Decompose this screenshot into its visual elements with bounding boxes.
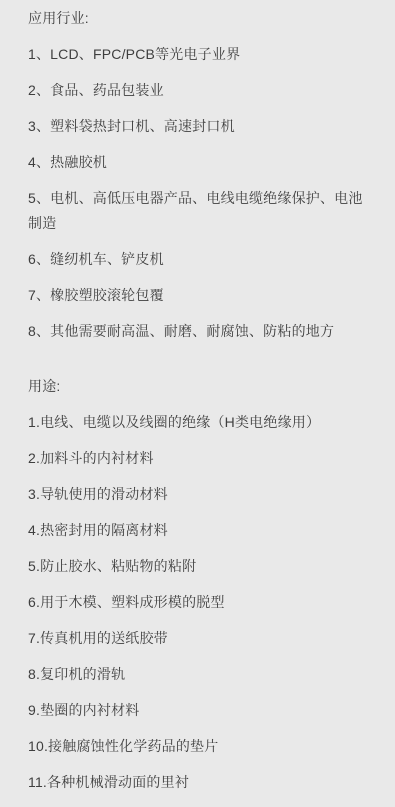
list-item: 5.防止胶水、粘贴物的粘附 xyxy=(28,554,373,579)
list-item: 9.垫圈的内衬材料 xyxy=(28,698,373,723)
list-item: 1.电线、电缆以及线圈的绝缘（H类电绝缘用） xyxy=(28,410,373,435)
list-item: 4、热融胶机 xyxy=(28,150,373,175)
list-item: 11.各种机械滑动面的里衬 xyxy=(28,770,373,795)
list-item: 7、橡胶塑胶滚轮包覆 xyxy=(28,283,373,308)
list-item: 3、塑料袋热封口机、高速封口机 xyxy=(28,114,373,139)
list-item: 2.加料斗的内衬材料 xyxy=(28,446,373,471)
list-item: 8.复印机的滑轨 xyxy=(28,662,373,687)
list-item: 2、食品、药品包装业 xyxy=(28,78,373,103)
list-item: 6、缝纫机车、铲皮机 xyxy=(28,247,373,272)
section-industries: 应用行业: 1、LCD、FPC/PCB等光电子业界 2、食品、药品包装业 3、塑… xyxy=(28,6,373,344)
list-item: 7.传真机用的送纸胶带 xyxy=(28,626,373,651)
list-item: 10.接触腐蚀性化学药品的垫片 xyxy=(28,734,373,759)
product-description-page: 应用行业: 1、LCD、FPC/PCB等光电子业界 2、食品、药品包装业 3、塑… xyxy=(0,0,395,807)
section-heading-uses: 用途: xyxy=(28,374,373,399)
section-heading-industries: 应用行业: xyxy=(28,6,373,31)
list-item: 1、LCD、FPC/PCB等光电子业界 xyxy=(28,42,373,67)
list-item: 5、电机、高低压电器产品、电线电缆绝缘保护、电池制造 xyxy=(28,186,373,236)
list-item: 3.导轨使用的滑动材料 xyxy=(28,482,373,507)
list-item: 6.用于木模、塑料成形模的脱型 xyxy=(28,590,373,615)
section-uses: 用途: 1.电线、电缆以及线圈的绝缘（H类电绝缘用） 2.加料斗的内衬材料 3.… xyxy=(28,374,373,795)
list-item: 4.热密封用的隔离材料 xyxy=(28,518,373,543)
list-item: 8、其他需要耐高温、耐磨、耐腐蚀、防粘的地方 xyxy=(28,319,373,344)
